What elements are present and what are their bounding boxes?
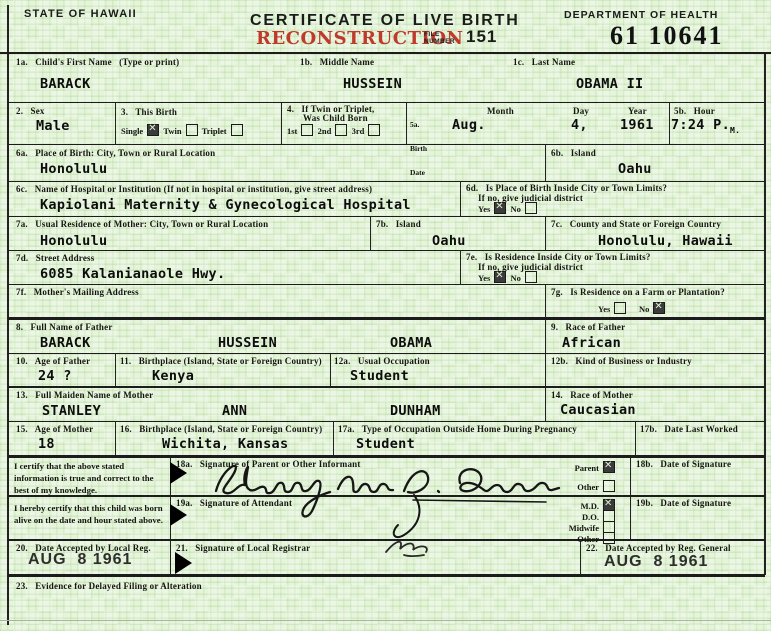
state-title: STATE OF HAWAII	[24, 8, 137, 20]
field-5a-number: 5a.	[410, 121, 427, 129]
checkbox-6d-no	[525, 202, 537, 214]
field-16-label: 16. Birthplace (Island, State or Foreign…	[120, 424, 330, 434]
field-10-label: 10. Age of Father	[16, 356, 111, 366]
field-1b-label: 1b. Middle Name	[300, 57, 374, 67]
checkbox-parent	[603, 461, 615, 473]
checkbox-7e-no	[525, 271, 537, 283]
grid-line	[330, 354, 331, 386]
field-6b-value: Oahu	[618, 161, 652, 177]
grid-line	[8, 102, 765, 103]
field-17a-label: 17a. Type of Occupation Outside Home Dur…	[338, 424, 633, 434]
year-column-header: Year	[628, 106, 647, 116]
field-1a-label: 1a. Child's First Name (Type or print)	[16, 57, 179, 67]
father-first-name: BARACK	[40, 335, 91, 351]
local-registrar-date-stamp: AUG 8 1961	[28, 551, 132, 569]
parent-certification-statement: I certify that the above stated informat…	[14, 461, 166, 497]
option-single-label: Single	[121, 126, 143, 136]
mother-first-name: STANLEY	[42, 403, 101, 419]
field-5b-label: 5b. Hour	[674, 106, 715, 116]
father-last-name: OBAMA	[390, 335, 432, 351]
field-6b-label: 6b. Island	[551, 148, 596, 158]
field-6a-value: Honolulu	[40, 161, 107, 177]
field-7f-label: 7f. Mother's Mailing Address	[16, 287, 139, 297]
field-3-options: Single Twin Triplet	[121, 124, 243, 136]
field-6d-options: Yes No	[478, 202, 537, 214]
field-7b-value: Oahu	[432, 233, 466, 249]
field-6a-label: 6a. Place of Birth: City, Town or Rural …	[16, 148, 215, 158]
yes-label: Yes	[478, 273, 490, 283]
field-16-value: Wichita, Kansas	[162, 436, 288, 452]
department-title: DEPARTMENT OF HEALTH	[564, 9, 718, 21]
field-7c-value: Honolulu, Hawaii	[598, 233, 733, 249]
grid-line	[8, 386, 765, 388]
field-17b-label: 17b. Date Last Worked	[640, 424, 738, 434]
checkbox-3rd	[368, 124, 380, 136]
no-label: No	[639, 304, 649, 314]
checkbox-7g-yes	[614, 302, 626, 314]
field-12a-label: 12a. Usual Occupation	[334, 356, 430, 366]
field-7b-label: 7b. Island	[376, 219, 421, 229]
arrow-marker-icon	[175, 552, 192, 574]
yes-label: Yes	[478, 204, 490, 214]
field-2-label: 2. Sex	[16, 106, 45, 116]
hour-main: 7:24 P.	[671, 117, 730, 133]
grid-line	[8, 284, 765, 285]
day-column-header: Day	[573, 106, 589, 116]
field-13-label: 13. Full Maiden Name of Mother	[16, 390, 153, 400]
field-15-value: 18	[38, 436, 55, 452]
field-6d-label: 6d. Is Place of Birth Inside City or Tow…	[466, 183, 667, 193]
option-1st-label: 1st	[287, 126, 297, 136]
arrow-marker-icon	[170, 504, 187, 526]
grid-line	[580, 541, 581, 574]
grid-line	[115, 422, 116, 455]
grid-line-thick	[8, 574, 765, 577]
grid-line	[669, 103, 670, 144]
field-21-label: 21. Signature of Local Registrar	[176, 543, 310, 553]
field-1c-label: 1c. Last Name	[513, 57, 575, 67]
checkbox-7g-no	[653, 302, 665, 314]
mother-maiden-name: DUNHAM	[390, 403, 441, 419]
grid-line	[115, 103, 116, 144]
file-number-value: 151	[466, 27, 497, 47]
field-18b-label: 18b. Date of Signature	[636, 459, 731, 469]
mother-middle-name: ANN	[222, 403, 247, 419]
field-7e-label: 7e. Is Residence Inside City or Town Lim…	[466, 252, 651, 262]
option-triplet-label: Triplet	[202, 126, 227, 136]
option-2nd-label: 2nd	[318, 126, 332, 136]
checkbox-informant-other	[603, 480, 615, 492]
field-15-label: 15. Age of Mother	[16, 424, 111, 434]
field-17a-value: Student	[356, 436, 415, 452]
option-3rd-label: 3rd	[352, 126, 365, 136]
field-14-value: Caucasian	[560, 402, 636, 418]
checkbox-twin	[186, 124, 198, 136]
checkbox-triplet	[231, 124, 243, 136]
field-19a-label: 19a. Signature of Attendant	[176, 498, 292, 508]
birth-day-value: 4,	[571, 117, 588, 133]
grid-line	[545, 354, 546, 386]
grid-line	[333, 422, 334, 455]
grid-line	[545, 145, 546, 181]
field-7g-label: 7g. Is Residence on a Farm or Plantation…	[551, 287, 725, 297]
field-7d-label: 7d. Street Address	[16, 253, 94, 263]
grid-line	[545, 217, 546, 250]
birth-year-value: 1961	[620, 117, 654, 133]
grid-line	[115, 354, 116, 386]
field-9-label: 9. Race of Father	[551, 322, 625, 332]
field-8-label: 8. Full Name of Father	[16, 322, 113, 332]
file-label-line1: FILE	[424, 31, 455, 38]
registrar-general-date-stamp: AUG 8 1961	[604, 553, 708, 571]
grid-line	[630, 497, 631, 539]
month-column-header: Month	[487, 106, 514, 116]
field-7a-value: Honolulu	[40, 233, 107, 249]
file-number-label: FILE NUMBER	[424, 31, 455, 45]
left-border-line	[7, 5, 9, 625]
field-7e-options: Yes No	[478, 271, 537, 283]
grid-line	[370, 217, 371, 250]
grid-line	[281, 103, 282, 144]
field-7d-value: 6085 Kalanianaole Hwy.	[40, 266, 225, 282]
other-label: Other	[577, 482, 599, 492]
grid-line	[406, 103, 407, 144]
registrar-signature-scribble	[380, 536, 460, 562]
birth-hour-value: 7:24 P.M.	[671, 117, 740, 135]
field-2-value: Male	[36, 118, 70, 134]
checkbox-1st	[301, 124, 313, 136]
checkbox-2nd	[335, 124, 347, 136]
attendant-certification-statement: I hereby certify that this child was bor…	[14, 503, 166, 527]
field-23-label: 23. Evidence for Delayed Filing or Alter…	[16, 581, 202, 591]
field-7c-label: 7c. County and State or Foreign Country	[551, 219, 721, 229]
grid-line	[8, 181, 765, 182]
checkbox-single	[147, 124, 159, 136]
grid-line	[545, 285, 546, 317]
certificate-number: 61 10641	[610, 21, 724, 51]
grid-line	[170, 541, 171, 574]
grid-line	[635, 422, 636, 455]
grid-line	[545, 320, 546, 353]
grid-line	[8, 353, 765, 354]
field-5a-label-line1: Birth	[410, 145, 427, 153]
field-9-value: African	[562, 335, 621, 351]
grid-line	[8, 216, 765, 217]
option-twin-label: Twin	[163, 126, 181, 136]
field-1a-value: BARACK	[40, 76, 91, 92]
field-4-label-line2: Was Child Born	[303, 113, 368, 123]
right-border-line	[764, 52, 766, 575]
arrow-marker-icon	[170, 462, 187, 484]
field-10-value: 24 ?	[38, 368, 72, 384]
field-12a-value: Student	[350, 368, 409, 384]
parent-label: Parent	[575, 463, 599, 473]
field-3-label: 3. This Birth	[121, 107, 177, 117]
field-19b-label: 19b. Date of Signature	[636, 498, 731, 508]
field-14-label: 14. Race of Mother	[551, 390, 633, 400]
no-label: No	[511, 273, 521, 283]
field-4-options: 1st 2nd 3rd	[287, 124, 380, 136]
father-middle-name: HUSSEIN	[218, 335, 277, 351]
field-7a-label: 7a. Usual Residence of Mother: City, Tow…	[16, 219, 268, 229]
grid-line	[8, 421, 765, 422]
field-7g-options: Yes No	[598, 302, 665, 314]
birth-certificate-document: STATE OF HAWAII CERTIFICATE OF LIVE BIRT…	[0, 0, 771, 631]
field-11-value: Kenya	[152, 368, 194, 384]
grid-line	[630, 458, 631, 495]
grid-line	[460, 251, 461, 284]
grid-line	[460, 182, 461, 216]
checkbox-6d-yes	[494, 202, 506, 214]
no-label: No	[511, 204, 521, 214]
grid-line-thick	[8, 317, 765, 320]
field-22-label: 22. Date Accepted by Reg. General	[586, 543, 731, 553]
field-12b-label: 12b. Kind of Business or Industry	[551, 356, 692, 366]
field-11-label: 11. Birthplace (Island, State or Foreign…	[120, 356, 328, 366]
birth-month-value: Aug.	[452, 117, 486, 133]
grid-line	[8, 144, 765, 145]
header-rule	[0, 52, 771, 54]
field-1c-value: OBAMA II	[576, 76, 643, 92]
field-6c-value: Kapiolani Maternity & Gynecological Hosp…	[40, 197, 411, 213]
grid-line	[8, 250, 765, 251]
field-1b-value: HUSSEIN	[343, 76, 402, 92]
checkbox-7e-yes	[494, 271, 506, 283]
hour-meridiem-sub: M.	[730, 126, 740, 135]
field-5a-label: 5a. Birth Date	[410, 105, 427, 193]
field-5a-label-line2: Date	[410, 169, 427, 177]
field-6c-label: 6c. Name of Hospital or Institution (If …	[16, 184, 446, 194]
scan-fold-line	[0, 620, 771, 621]
file-label-line2: NUMBER	[424, 38, 455, 45]
yes-label: Yes	[598, 304, 610, 314]
grid-line	[545, 388, 546, 421]
